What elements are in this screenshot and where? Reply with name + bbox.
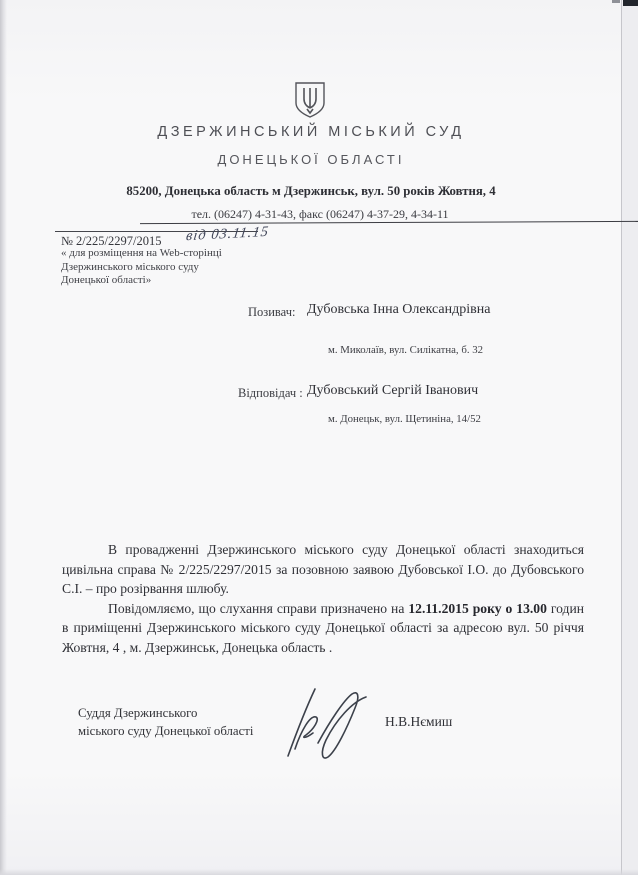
notification-body: В провадженні Дзержинського міського суд… (62, 540, 584, 658)
judge-title-line1: Суддя Дзержинського (78, 704, 253, 722)
scanned-document-page: ДЗЕРЖИНСЬКИЙ МІСЬКИЙ СУД ДОНЕЦЬКОЇ ОБЛАС… (0, 0, 638, 875)
plaintiff-address: м. Миколаїв, вул. Силікатна, б. 32 (328, 344, 483, 356)
judge-signature (280, 686, 380, 762)
hearing-date-bold: 12.11.2015 року о 13.00 (408, 601, 547, 616)
body-paragraph-1: В провадженні Дзержинського міського суд… (62, 540, 584, 599)
court-name-line1: ДЗЕРЖИНСЬКИЙ МІСЬКИЙ СУД (0, 124, 622, 140)
defendant-name: Дубовський Сергій Іванович (307, 383, 478, 399)
body-paragraph-2-pre: Повідомляємо, що слухання справи признач… (108, 601, 408, 616)
court-name-line2: ДОНЕЦЬКОЇ ОБЛАСТІ (0, 152, 622, 167)
plaintiff-name: Дубовська Інна Олександрівна (307, 302, 490, 318)
scan-artifact-bottom-band (0, 869, 638, 875)
plaintiff-label: Позивач: (248, 305, 295, 320)
scan-artifact-top-right-mark-small (612, 0, 620, 3)
coat-of-arms-icon (295, 82, 325, 118)
scan-artifact-top-right-mark (623, 0, 638, 6)
defendant-label: Відповідач : (238, 386, 303, 401)
judge-title: Суддя Дзержинського міського суду Донець… (78, 704, 253, 740)
judge-title-line2: міського суду Донецької області (78, 722, 253, 740)
web-note-line3: Донецької області» (61, 274, 222, 288)
web-note-line2: Дзержинського міського суду (61, 261, 222, 275)
court-phone-fax: тел. (06247) 4-31-43, факс (06247) 4-37-… (0, 207, 638, 222)
handwritten-date: від 03.11.15 (185, 224, 270, 245)
court-address: 85200, Донецька область м Дзержинськ, ву… (0, 184, 622, 199)
defendant-address: м. Донецьк, вул. Щетиніна, 14/52 (328, 413, 481, 425)
web-publication-note: « для розміщення на Web-сторінці Дзержин… (61, 247, 222, 288)
scan-artifact-right-strip (622, 0, 638, 875)
judge-name: Н.В.Нємиш (385, 714, 452, 730)
body-paragraph-2: Повідомляємо, що слухання справи признач… (62, 599, 584, 658)
web-note-line1: « для розміщення на Web-сторінці (61, 247, 222, 261)
